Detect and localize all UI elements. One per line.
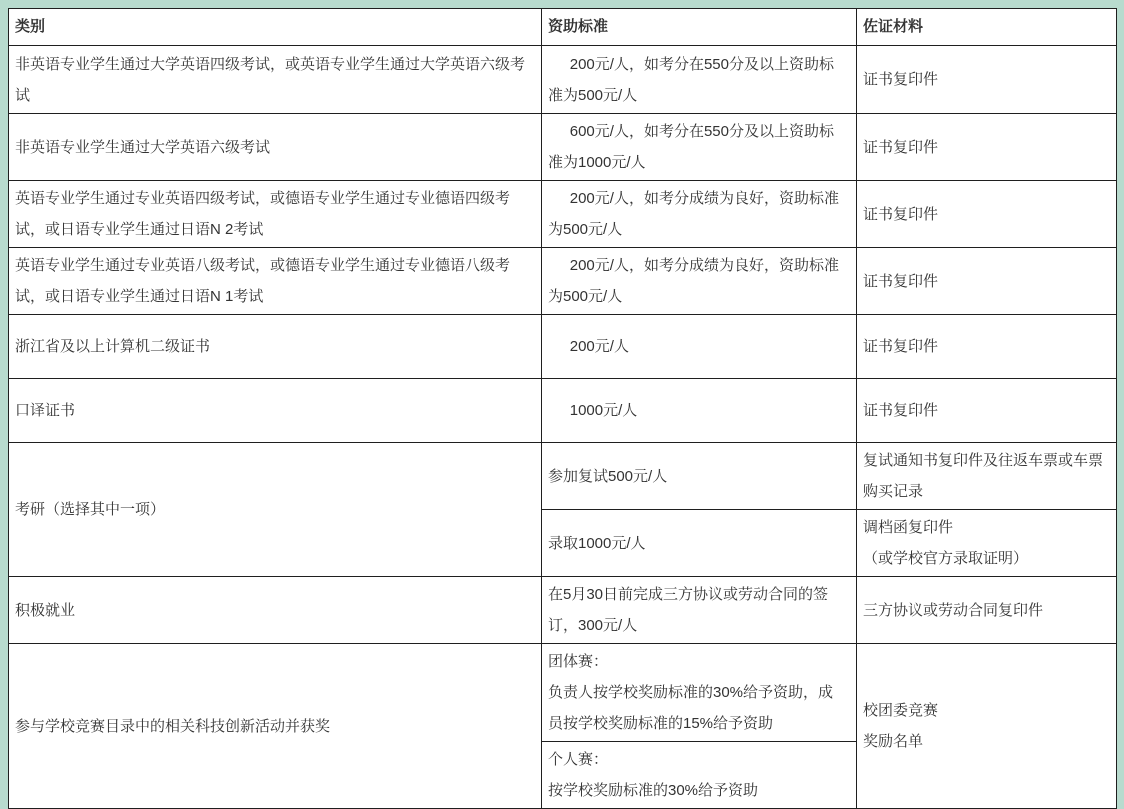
standard-line: 负责人按学校奖励标准的30%给予资助，成员按学校奖励标准的15%给予资助: [548, 677, 848, 739]
material-cell: 证书复印件: [857, 315, 1117, 379]
category-cell: 考研（选择其中一项）: [9, 443, 542, 577]
category-cell: 积极就业: [9, 577, 542, 644]
table-row: 非英语专业学生通过大学英语四级考试，或英语专业学生通过大学英语六级考试 200元…: [9, 46, 1117, 114]
col-header-category: 类别: [9, 9, 542, 46]
category-cell: 口译证书: [9, 379, 542, 443]
standard-cell: 录取1000元/人: [542, 510, 857, 577]
material-cell: 三方协议或劳动合同复印件: [857, 577, 1117, 644]
standard-cell: 参加复试500元/人: [542, 443, 857, 510]
category-cell: 非英语专业学生通过大学英语四级考试，或英语专业学生通过大学英语六级考试: [9, 46, 542, 114]
col-header-material: 佐证材料: [857, 9, 1117, 46]
material-cell: 复试通知书复印件及往返车票或车票购买记录: [857, 443, 1117, 510]
material-cell: 证书复印件: [857, 114, 1117, 181]
table-row: 英语专业学生通过专业英语八级考试，或德语专业学生通过专业德语八级考试，或日语专业…: [9, 248, 1117, 315]
standard-cell: 200元/人，如考分成绩为良好，资助标准为500元/人: [542, 181, 857, 248]
table-row: 非英语专业学生通过大学英语六级考试 600元/人，如考分在550分及以上资助标准…: [9, 114, 1117, 181]
material-cell: 证书复印件: [857, 46, 1117, 114]
standard-cell: 200元/人，如考分在550分及以上资助标准为500元/人: [542, 46, 857, 114]
table-row: 英语专业学生通过专业英语四级考试，或德语专业学生通过专业德语四级考试，或日语专业…: [9, 181, 1117, 248]
table-row-kaoyan-retest: 考研（选择其中一项） 参加复试500元/人 复试通知书复印件及往返车票或车票购买…: [9, 443, 1117, 510]
standard-line: 团体赛：: [548, 646, 848, 677]
page: 类别 资助标准 佐证材料 非英语专业学生通过大学英语四级考试，或英语专业学生通过…: [0, 0, 1124, 776]
standard-line: 按学校奖励标准的30%给予资助: [548, 775, 848, 806]
category-cell: 英语专业学生通过专业英语八级考试，或德语专业学生通过专业德语八级考试，或日语专业…: [9, 248, 542, 315]
material-cell: 证书复印件: [857, 181, 1117, 248]
material-cell: 校团委竞赛 奖励名单: [857, 644, 1117, 809]
standard-cell: 1000元/人: [542, 379, 857, 443]
table-row: 口译证书 1000元/人 证书复印件: [9, 379, 1117, 443]
standard-cell: 在5月30日前完成三方协议或劳动合同的签订，300元/人: [542, 577, 857, 644]
standard-cell: 200元/人，如考分成绩为良好，资助标准为500元/人: [542, 248, 857, 315]
col-header-standard: 资助标准: [542, 9, 857, 46]
category-cell: 非英语专业学生通过大学英语六级考试: [9, 114, 542, 181]
table-row-competition-team: 参与学校竞赛目录中的相关科技创新活动并获奖 团体赛： 负责人按学校奖励标准的30…: [9, 644, 1117, 742]
standard-cell: 团体赛： 负责人按学校奖励标准的30%给予资助，成员按学校奖励标准的15%给予资…: [542, 644, 857, 742]
material-line: 奖励名单: [863, 726, 1108, 757]
material-cell: 证书复印件: [857, 379, 1117, 443]
header-row: 类别 资助标准 佐证材料: [9, 9, 1117, 46]
category-cell: 参与学校竞赛目录中的相关科技创新活动并获奖: [9, 644, 542, 809]
table-row: 浙江省及以上计算机二级证书 200元/人 证书复印件: [9, 315, 1117, 379]
material-line: 调档函复印件: [863, 512, 1108, 543]
standard-cell: 个人赛： 按学校奖励标准的30%给予资助: [542, 742, 857, 809]
standard-cell: 600元/人，如考分在550分及以上资助标准为1000元/人: [542, 114, 857, 181]
material-cell: 证书复印件: [857, 248, 1117, 315]
standard-cell: 200元/人: [542, 315, 857, 379]
material-line: 校团委竞赛: [863, 695, 1108, 726]
standard-line: 个人赛：: [548, 744, 848, 775]
table-row-employment: 积极就业 在5月30日前完成三方协议或劳动合同的签订，300元/人 三方协议或劳…: [9, 577, 1117, 644]
funding-table: 类别 资助标准 佐证材料 非英语专业学生通过大学英语四级考试，或英语专业学生通过…: [8, 8, 1117, 809]
material-cell: 调档函复印件 （或学校官方录取证明）: [857, 510, 1117, 577]
category-cell: 浙江省及以上计算机二级证书: [9, 315, 542, 379]
material-line: （或学校官方录取证明）: [863, 543, 1108, 574]
category-cell: 英语专业学生通过专业英语四级考试，或德语专业学生通过专业德语四级考试，或日语专业…: [9, 181, 542, 248]
